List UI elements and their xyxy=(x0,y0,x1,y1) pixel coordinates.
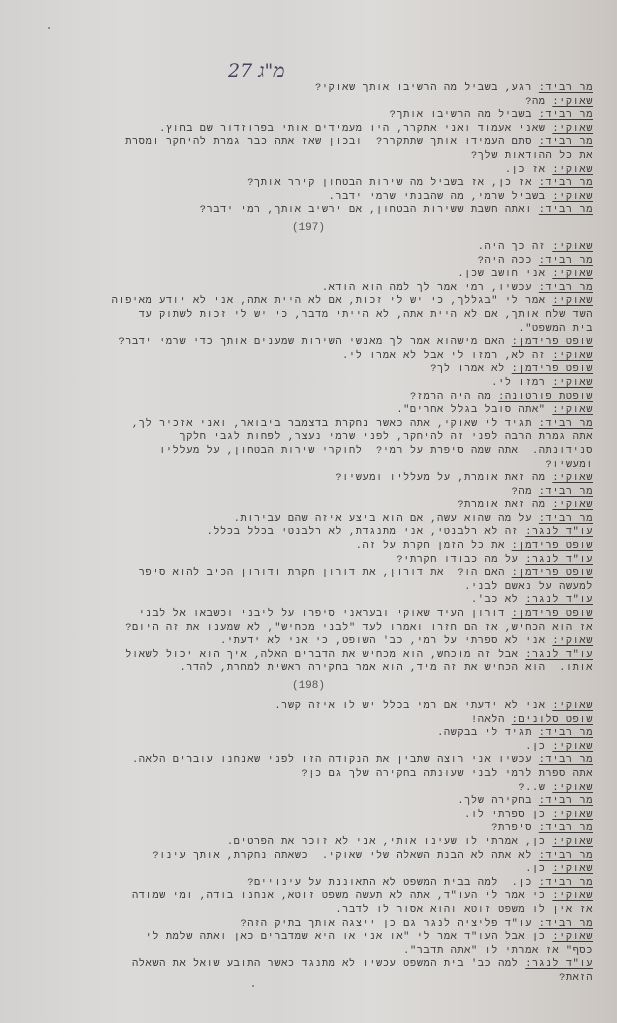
utterance-text: הזאת? xyxy=(559,972,593,984)
utterance-text: כן. xyxy=(525,863,545,875)
utterance-text: למעשה על נאשם לבני. xyxy=(464,581,593,593)
transcript-line: שאוקי: כן אבל העו"ד אמר לי "או אני או הי… xyxy=(20,931,593,945)
transcript-line: את כל ההודאות שלך? xyxy=(20,150,593,164)
utterance-text: בית המשפט". xyxy=(518,323,593,335)
utterance-text: למה כב' בית המשפט עכשיו לא מתנגד כאשר הת… xyxy=(132,958,518,970)
transcript-line: עו"ד לנגר: על מה כבודו חקרתי? xyxy=(20,554,593,568)
utterance-text: זה לא, רמזו לי אבל לא אמרו לי. xyxy=(342,350,545,362)
transcript-line: שאוקי: אמר לי "בגללך, כי יש לי זכות, אם … xyxy=(20,295,593,309)
speaker-name: מר רביד: xyxy=(539,82,593,94)
speaker-name: עו"ד לנגר: xyxy=(525,958,593,970)
utterance-text: סתם העמידו אותך שתתקרר? ובכון שאז אתה כב… xyxy=(125,136,532,148)
speaker-name: שאוקי: xyxy=(552,700,593,712)
transcript-line: שאוקי: "אתה סובל בגלל אחרים". xyxy=(20,404,593,418)
utterance-text: עכשיו, רמי אמר לך למה הוא הודא. xyxy=(322,282,532,294)
utterance-text: את כל ההודאות שלך? xyxy=(471,150,593,162)
transcript-line: עו"ד לנגר: אבל זה מוכחש, הוא מכחיש את הד… xyxy=(20,649,593,663)
transcript-block-3: שאוקי: אני לא ידעתי אם רמי בכלל יש לו אי… xyxy=(20,700,593,985)
transcript-line: מר רביד: ככה היה? xyxy=(20,255,593,269)
utterance-text: אני לא ידעתי אם רמי בכלל יש לו איזה קשר. xyxy=(274,700,545,712)
speaker-name: מר רביד: xyxy=(539,136,593,148)
utterance-text: אתה גמרת הרבה לפני זה להיחקר, לפני שרמי … xyxy=(179,431,593,443)
transcript-line: למעשה על נאשם לבני. xyxy=(20,581,593,595)
transcript-line: עו"ד לנגר: למה כב' בית המשפט עכשיו לא מת… xyxy=(20,958,593,972)
utterance-text: זה כך היה. xyxy=(478,241,546,253)
utterance-text: אותו. הוא הכחיש את זה מיד, הוא אמר בחקיר… xyxy=(179,662,593,674)
transcript-line: ומעשיו? xyxy=(20,459,593,473)
utterance-text: הלאה! xyxy=(471,714,505,726)
speaker-name: שאוקי: xyxy=(552,377,593,389)
utterance-text: כי אמר לי העו"ד, אתה לא תעשה משפט זוטא, … xyxy=(132,890,546,902)
transcript-line: שופט פרידמן: את כל הזמן חקרת על זה. xyxy=(20,540,593,554)
transcript-line: אתה גמרת הרבה לפני זה להיחקר, לפני שרמי … xyxy=(20,431,593,445)
utterance-text: כן ספרתי לו. xyxy=(464,809,545,821)
speaker-name: שאוקי: xyxy=(552,123,593,135)
speaker-name: עו"ד לנגר: xyxy=(525,526,593,538)
speaker-name: שופט פרידמן: xyxy=(512,540,593,552)
handwritten-page-mark: מ"ג 27 xyxy=(228,60,285,83)
speaker-name: שופט פרידמן: xyxy=(512,336,593,348)
transcript-line: שאוקי: כי אמר לי העו"ד, אתה לא תעשה משפט… xyxy=(20,890,593,904)
speaker-name: מר רביד: xyxy=(539,850,593,862)
utterance-text: האם הו? את דורון, את דורון חקרת ודורון ה… xyxy=(139,567,505,579)
transcript-line: שאוקי: כן ספרתי לו. xyxy=(20,809,593,823)
transcript-line: מר רביד: לא אתה לא הבנת השאלה שלי שאוקי.… xyxy=(20,850,593,864)
transcript-line: שאוקי: מה? xyxy=(20,96,593,110)
utterance-text: בשביל מה הרשיבו אותך? xyxy=(390,109,532,121)
transcript-line: מר רביד: תגיד לי שאוקי, אתה כאשר נחקרת ב… xyxy=(20,418,593,432)
utterance-text: על מה שהוא עשה, אם הוא ביצע איזה שהם עבי… xyxy=(234,513,532,525)
utterance-text: כן. xyxy=(525,741,545,753)
speaker-name: שאוקי: xyxy=(552,164,593,176)
utterance-text: על מה כבודו חקרתי? xyxy=(396,554,518,566)
transcript-line: אז אין לו משפט זוטא והוא אסור לו לדבר. xyxy=(20,904,593,918)
utterance-text: אז אין לו משפט זוטא והוא אסור לו לדבר. xyxy=(335,904,593,916)
transcript-line: מר רביד: אז כן, אז בשביל מה שירות הבטחון… xyxy=(20,177,593,191)
transcript-line: שאוקי: כן. xyxy=(20,863,593,877)
utterance-text: אתה ספרת לרמי לבני שעונתה בחקירה שלך גם … xyxy=(301,768,593,780)
paper-speck xyxy=(252,985,254,987)
transcript-line: שאוקי: מה זאת אומרת? xyxy=(20,499,593,513)
utterance-text: לא אתה לא הבנת השאלה שלי שאוקי. כשאתה נח… xyxy=(152,850,532,862)
typewritten-transcript-page: מ"ג 27 מר רביד: רגע, בשביל מה הרשיבו אות… xyxy=(0,0,617,1023)
speaker-name: מר רביד: xyxy=(539,204,593,216)
speaker-name: שאוקי: xyxy=(552,295,593,307)
utterance-text: ש..? xyxy=(518,782,545,794)
speaker-name: מר רביד: xyxy=(539,486,593,498)
utterance-text: תגיד לי בבקשה. xyxy=(437,727,532,739)
speaker-name: שאוקי: xyxy=(552,863,593,875)
transcript-line: שאוקי: ש..? xyxy=(20,782,593,796)
transcript-block-1: מר רביד: רגע, בשביל מה הרשיבו אותך שאוקי… xyxy=(20,82,593,218)
utterance-text: דורון העיד שאוקי ובעראני סיפרו על ליבני … xyxy=(139,608,505,620)
utterance-text: אז כן, אז בשביל מה שירות הבטחון קירר אות… xyxy=(247,177,532,189)
transcript-line: שאוקי: זה לא, רמזו לי אבל לא אמרו לי. xyxy=(20,350,593,364)
utterance-text: כן. למה בבית המשפט לא התאוננת על עינויים… xyxy=(247,877,532,889)
speaker-name: שאוקי: xyxy=(552,472,593,484)
speaker-name: מר רביד: xyxy=(539,877,593,889)
utterance-text: לא אמרו לך? xyxy=(430,363,505,375)
speaker-name: שאוקי: xyxy=(552,782,593,794)
utterance-text: בשביל שרמי, מה שהבנתי שרמי ידבר. xyxy=(329,191,546,203)
utterance-text: זה לא רלבנטי, אני מתנגדת, לא רלבנטי בכלל… xyxy=(207,526,519,538)
transcript-line: מר רביד: רגע, בשביל מה הרשיבו אותך שאוקי… xyxy=(20,82,593,96)
speaker-name: מר רביד: xyxy=(539,795,593,807)
speaker-name: מר רביד: xyxy=(539,255,593,267)
utterance-text: השד שלח אותך, אם לא היית אתה, לא הייתי מ… xyxy=(139,309,593,321)
speaker-name: עו"ד לנגר: xyxy=(525,649,593,661)
transcript-line: שופט פרידמן: האם מישהוא אמר לך מאנשי השי… xyxy=(20,336,593,350)
transcript-line: אז הוא הכחיש, אז הם חזרו ואמרו לעד "לבני… xyxy=(20,622,593,636)
speaker-name: שופט פרידמן: xyxy=(512,567,593,579)
utterance-text: רגע, בשביל מה הרשיבו אותך שאוקי? xyxy=(315,82,532,94)
transcript-line: מר רביד: ואתה חשבת ששירות הבטחון, אם ירש… xyxy=(20,204,593,218)
transcript-line: שאוקי: רמזו לי. xyxy=(20,377,593,391)
transcript-line: מר רביד: סיפרת? xyxy=(20,822,593,836)
utterance-text: מה זאת אומרת, על מעלליו ומעשיו? xyxy=(335,472,545,484)
transcript-line: השד שלח אותך, אם לא היית אתה, לא הייתי מ… xyxy=(20,309,593,323)
utterance-text: אני לא ספרתי על רמי, כב' השופט, כי אני ל… xyxy=(220,635,545,647)
speaker-name: שופט פרידמן: xyxy=(512,363,593,375)
transcript-line: שופטת פורטונה: מה היה הרמז? xyxy=(20,391,593,405)
speaker-name: מר רביד: xyxy=(539,918,593,930)
transcript-line: הזאת? xyxy=(20,972,593,986)
speaker-name: שאוקי: xyxy=(552,499,593,511)
paper-speck xyxy=(48,27,50,29)
transcript-line: שאוקי: אני לא ידעתי אם רמי בכלל יש לו אי… xyxy=(20,700,593,714)
speaker-name: מר רביד: xyxy=(539,727,593,739)
speaker-name: שאוקי: xyxy=(552,741,593,753)
transcript-line: שופט פרידמן: דורון העיד שאוקי ובעראני סי… xyxy=(20,608,593,622)
utterance-text: עו"ד פליציה לנגר גם כן ייצגה אותך בתיק ה… xyxy=(240,918,532,930)
transcript-line: מר רביד: כן. למה בבית המשפט לא התאוננת ע… xyxy=(20,877,593,891)
speaker-name: שופט פרידמן: xyxy=(512,608,593,620)
utterance-text: רמזו לי. xyxy=(491,377,545,389)
utterance-text: אז כן. xyxy=(505,164,546,176)
transcript-line: שאוקי: אני לא ספרתי על רמי, כב' השופט, כ… xyxy=(20,635,593,649)
speaker-name: שאוקי: xyxy=(552,350,593,362)
transcript-line: שאוקי: שאני אעמוד ואני אתקרר, היו מעמידי… xyxy=(20,123,593,137)
utterance-text: מה היה הרמז? xyxy=(410,391,491,403)
utterance-text: אני חושב שכן. xyxy=(457,268,545,280)
utterance-text: כסף" אז אמרתי לו "אתה תדבר". xyxy=(403,945,593,957)
transcript-line: שאוקי: אני חושב שכן. xyxy=(20,268,593,282)
transcript-line: שופט סלונים: הלאה! xyxy=(20,714,593,728)
speaker-name: שאוקי: xyxy=(552,809,593,821)
transcript-line: מר רביד: מה? xyxy=(20,486,593,500)
transcript-line: שאוקי: כן, אמרתי לו שעינו אותי, אני לא ז… xyxy=(20,836,593,850)
utterance-text: לא כב'. xyxy=(471,594,518,606)
speaker-name: שאוקי: xyxy=(552,931,593,943)
speaker-name: שאוקי: xyxy=(552,96,593,108)
transcript-line: מר רביד: עכשיו, רמי אמר לך למה הוא הודא. xyxy=(20,282,593,296)
speaker-name: מר רביד: xyxy=(539,418,593,430)
transcript-line: שופט פרידמן: האם הו? את דורון, את דורון … xyxy=(20,567,593,581)
speaker-name: שאוקי: xyxy=(552,836,593,848)
transcript-line: שופט פרידמן: לא אמרו לך? xyxy=(20,363,593,377)
page-marker-197: (197) xyxy=(0,222,617,234)
speaker-name: שופטת פורטונה: xyxy=(498,391,593,403)
transcript-line: שאוקי: מה זאת אומרת, על מעלליו ומעשיו? xyxy=(20,472,593,486)
utterance-text: ומעשיו? xyxy=(546,459,593,471)
utterance-text: מה? xyxy=(512,486,532,498)
utterance-text: מה? xyxy=(525,96,545,108)
utterance-text: בחקירה שלך. xyxy=(457,795,532,807)
transcript-line: בית המשפט". xyxy=(20,323,593,337)
speaker-name: מר רביד: xyxy=(539,177,593,189)
transcript-line: עו"ד לנגר: זה לא רלבנטי, אני מתנגדת, לא … xyxy=(20,526,593,540)
transcript-line: שאוקי: בשביל שרמי, מה שהבנתי שרמי ידבר. xyxy=(20,191,593,205)
utterance-text: "אתה סובל בגלל אחרים". xyxy=(396,404,545,416)
speaker-name: מר רביד: xyxy=(539,754,593,766)
page-marker-198: (198) xyxy=(0,680,617,692)
transcript-line: אתה ספרת לרמי לבני שעונתה בחקירה שלך גם … xyxy=(20,768,593,782)
transcript-line: מר רביד: בחקירה שלך. xyxy=(20,795,593,809)
speaker-name: שאוקי: xyxy=(552,635,593,647)
utterance-text: עכשיו אני רוצה שתבין את הנקודה הזו לפני … xyxy=(132,754,532,766)
transcript-line: שאוקי: אז כן. xyxy=(20,164,593,178)
speaker-name: שאוקי: xyxy=(552,268,593,280)
speaker-name: מר רביד: xyxy=(539,822,593,834)
utterance-text: סיפרת? xyxy=(491,822,532,834)
speaker-name: שופט סלונים: xyxy=(512,714,593,726)
utterance-text: אמר לי "בגללך, כי יש לי זכות, אם לא היית… xyxy=(112,295,546,307)
transcript-line: מר רביד: עכשיו אני רוצה שתבין את הנקודה … xyxy=(20,754,593,768)
transcript-line: מר רביד: סתם העמידו אותך שתתקרר? ובכון ש… xyxy=(20,136,593,150)
transcript-line: עו"ד לנגר: לא כב'. xyxy=(20,594,593,608)
speaker-name: עו"ד לנגר: xyxy=(525,554,593,566)
utterance-text: תגיד לי שאוקי, אתה כאשר נחקרת בדצמבר ביב… xyxy=(132,418,532,430)
utterance-text: כן, אמרתי לו שעינו אותי, אני לא זוכר את … xyxy=(227,836,546,848)
utterance-text: ואתה חשבת ששירות הבטחון, אם ירשיב אותך, … xyxy=(200,204,532,216)
transcript-line: שאוקי: כן. xyxy=(20,741,593,755)
transcript-line: כסף" אז אמרתי לו "אתה תדבר". xyxy=(20,945,593,959)
utterance-text: את כל הזמן חקרת על זה. xyxy=(356,540,505,552)
utterance-text: האם מישהוא אמר לך מאנשי השירות שמענים או… xyxy=(118,336,504,348)
utterance-text: שאני אעמוד ואני אתקרר, היו מעמידים אותי … xyxy=(159,123,545,135)
speaker-name: שאוקי: xyxy=(552,890,593,902)
transcript-line: אותו. הוא הכחיש את זה מיד, הוא אמר בחקיר… xyxy=(20,662,593,676)
transcript-line: מר רביד: בשביל מה הרשיבו אותך? xyxy=(20,109,593,123)
speaker-name: מר רביד: xyxy=(539,282,593,294)
transcript-line: סנידונתה. אתה שמה סיפרת על רמי? לחוקרי ש… xyxy=(20,445,593,459)
speaker-name: שאוקי: xyxy=(552,404,593,416)
speaker-name: שאוקי: xyxy=(552,241,593,253)
transcript-line: מר רביד: תגיד לי בבקשה. xyxy=(20,727,593,741)
utterance-text: ככה היה? xyxy=(478,255,532,267)
speaker-name: עו"ד לנגר: xyxy=(525,594,593,606)
transcript-line: מר רביד: עו"ד פליציה לנגר גם כן ייצגה או… xyxy=(20,918,593,932)
utterance-text: סנידונתה. אתה שמה סיפרת על רמי? לחוקרי ש… xyxy=(159,445,593,457)
transcript-line: שאוקי: זה כך היה. xyxy=(20,241,593,255)
utterance-text: אז הוא הכחיש, אז הם חזרו ואמרו לעד "לבני… xyxy=(125,622,593,634)
speaker-name: שאוקי: xyxy=(552,191,593,203)
transcript-block-2: שאוקי: זה כך היה.מר רביד: ככה היה?שאוקי:… xyxy=(20,241,593,676)
utterance-text: מה זאת אומרת? xyxy=(457,499,545,511)
speaker-name: מר רביד: xyxy=(539,513,593,525)
utterance-text: אבל זה מוכחש, הוא מכחיש את הדברים האלה, … xyxy=(125,649,518,661)
utterance-text: כן אבל העו"ד אמר לי "או אני או היא שמדבר… xyxy=(146,931,546,943)
speaker-name: מר רביד: xyxy=(539,109,593,121)
transcript-line: מר רביד: על מה שהוא עשה, אם הוא ביצע איז… xyxy=(20,513,593,527)
